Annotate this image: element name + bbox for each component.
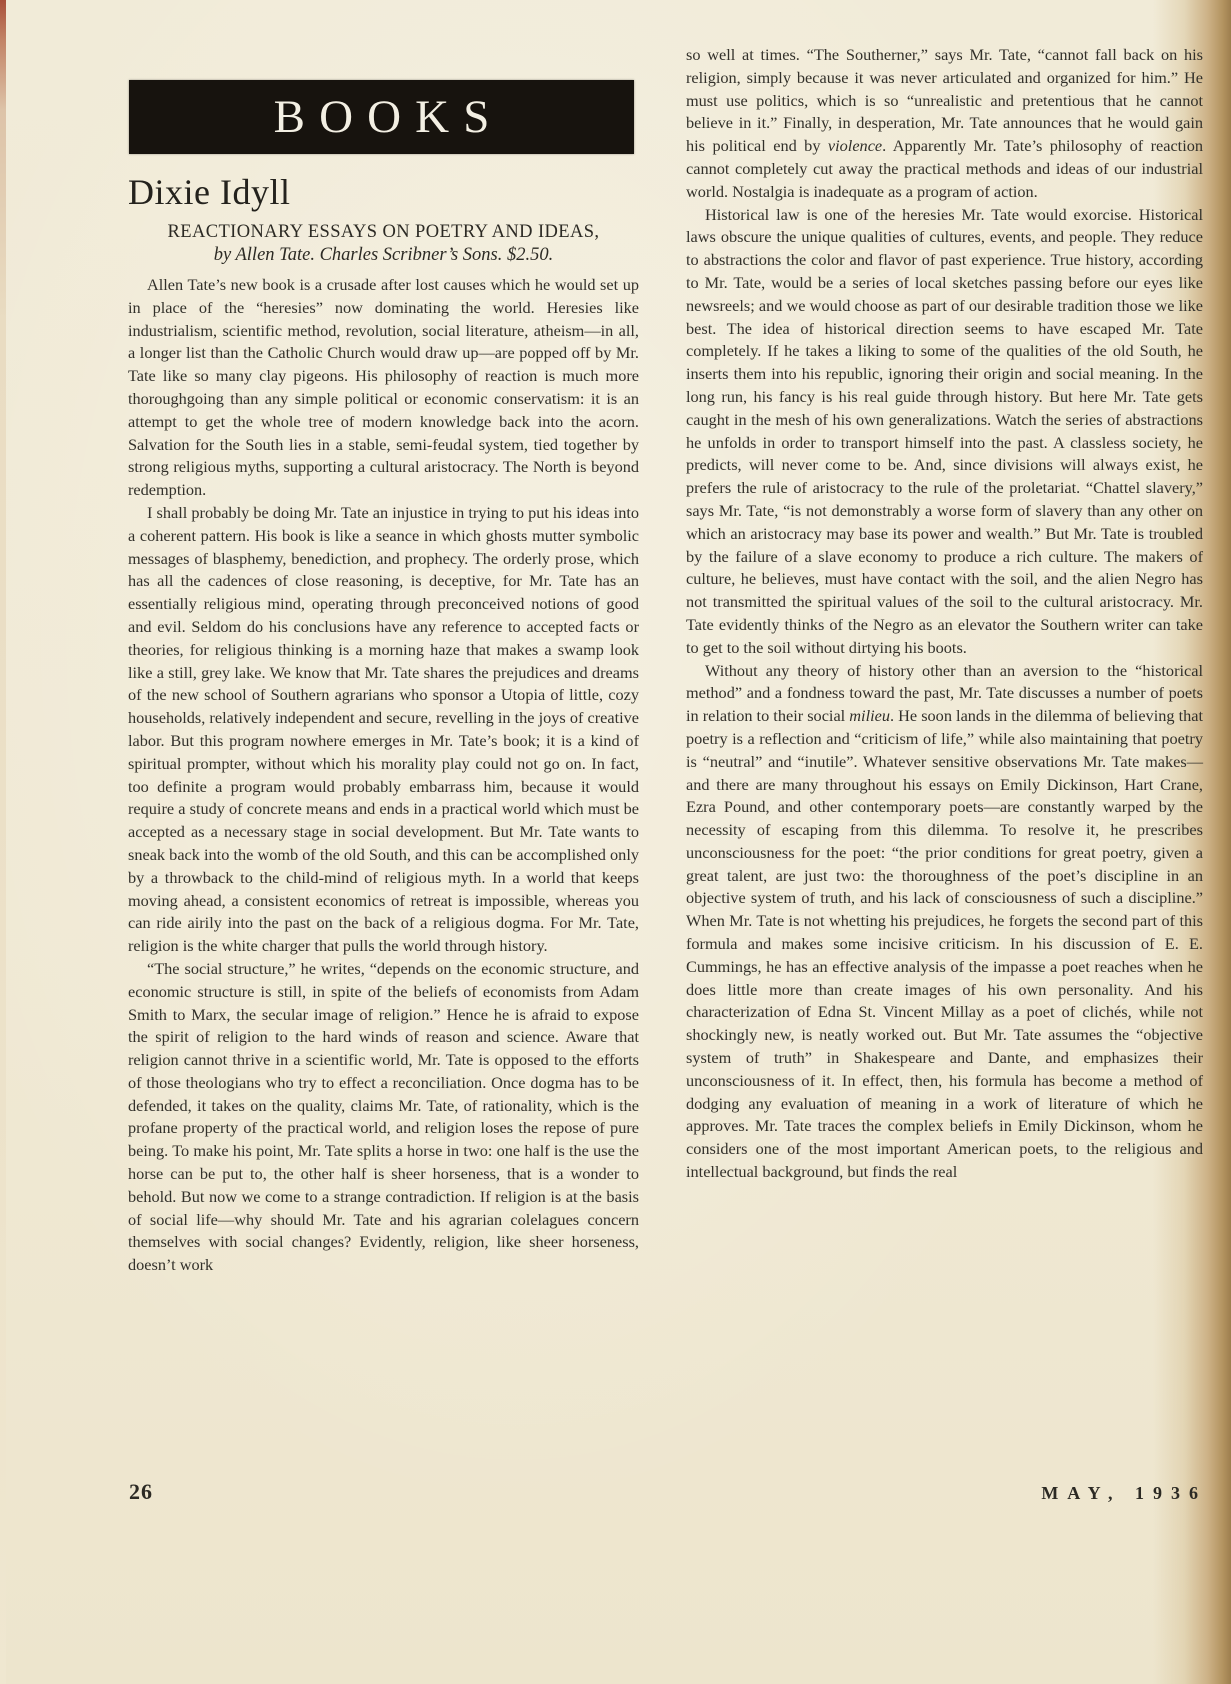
paragraph: Without any theory of history other than… bbox=[686, 660, 1203, 1184]
paragraph: so well at times. “The Southerner,” says… bbox=[686, 44, 1203, 204]
italic-text: milieu bbox=[849, 706, 890, 725]
page-left-edge bbox=[0, 0, 6, 1684]
left-column-text: Allen Tate’s new book is a crusade after… bbox=[128, 274, 639, 1277]
body-text-run: Allen Tate’s new book is a crusade after… bbox=[128, 275, 639, 499]
paragraph: Allen Tate’s new book is a crusade after… bbox=[128, 274, 639, 502]
review-heading: REACTIONARY ESSAYS ON POETRY AND IDEAS, … bbox=[128, 221, 639, 267]
body-text-run: . He soon lands in the dilemma of believ… bbox=[686, 706, 1203, 1181]
paragraph: Historical law is one of the heresies Mr… bbox=[686, 204, 1203, 660]
right-column: so well at times. “The Southerner,” says… bbox=[686, 44, 1203, 1184]
body-text-run: I shall probably be doing Mr. Tate an in… bbox=[128, 503, 639, 955]
books-section-banner: BOOKS bbox=[129, 80, 634, 154]
italic-text: violence bbox=[828, 136, 882, 155]
article-title: Dixie Idyll bbox=[128, 171, 639, 213]
reviewed-book-title: REACTIONARY ESSAYS ON POETRY AND IDEAS, bbox=[128, 221, 639, 244]
left-column: BOOKS Dixie Idyll REACTIONARY ESSAYS ON … bbox=[128, 80, 639, 1277]
reviewed-book-byline: by Allen Tate. Charles Scribner’s Sons. … bbox=[128, 244, 639, 267]
body-text-run: Historical law is one of the heresies Mr… bbox=[686, 205, 1203, 657]
issue-date: MAY, 1936 bbox=[1041, 1483, 1207, 1504]
scanned-magazine-page: BOOKS Dixie Idyll REACTIONARY ESSAYS ON … bbox=[0, 0, 1231, 1684]
right-column-text: so well at times. “The Southerner,” says… bbox=[686, 44, 1203, 1184]
books-banner-label: BOOKS bbox=[260, 90, 504, 144]
paragraph: “The social structure,” he writes, “depe… bbox=[128, 958, 639, 1277]
paragraph: I shall probably be doing Mr. Tate an in… bbox=[128, 502, 639, 958]
body-text-run: “The social structure,” he writes, “depe… bbox=[128, 959, 639, 1274]
page-number: 26 bbox=[129, 1479, 153, 1505]
